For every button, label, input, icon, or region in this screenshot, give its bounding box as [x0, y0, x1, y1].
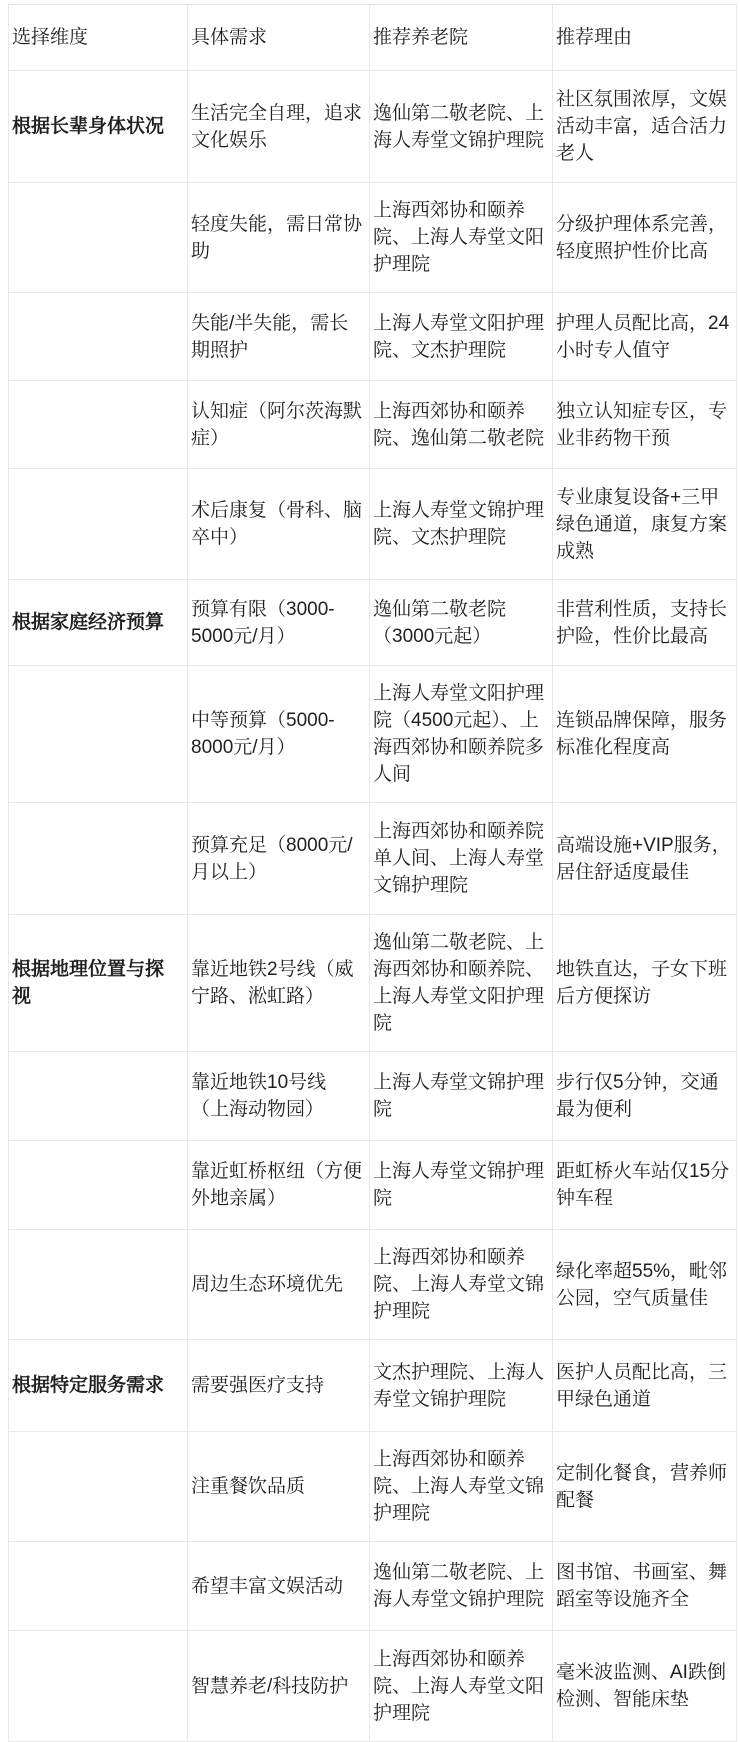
col-header-facilities: 推荐养老院 — [370, 5, 553, 71]
reason-cell: 连锁品牌保障，服务标准化程度高 — [553, 666, 737, 803]
page: 选择维度 具体需求 推荐养老院 推荐理由 根据长辈身体状况生活完全自理，追求文化… — [0, 0, 740, 1742]
reason-cell: 非营利性质，支持长护险，性价比最高 — [553, 580, 737, 666]
reason-cell: 距虹桥火车站仅15分钟车程 — [553, 1141, 737, 1230]
need-cell: 认知症（阿尔茨海默症） — [188, 381, 370, 469]
facilities-cell: 上海人寿堂文锦护理院、文杰护理院 — [370, 469, 553, 580]
facilities-cell: 逸仙第二敬老院、上海人寿堂文锦护理院 — [370, 71, 553, 183]
facilities-cell: 上海西郊协和颐养院、上海人寿堂文阳护理院 — [370, 1631, 553, 1742]
table-row: 周边生态环境优先上海西郊协和颐养院、上海人寿堂文锦护理院绿化率超55%，毗邻公园… — [9, 1230, 737, 1340]
table-row: 希望丰富文娱活动逸仙第二敬老院、上海人寿堂文锦护理院图书馆、书画室、舞蹈室等设施… — [9, 1542, 737, 1631]
need-cell: 靠近地铁2号线（威宁路、淞虹路） — [188, 915, 370, 1052]
need-cell: 中等预算（5000-8000元/月） — [188, 666, 370, 803]
need-cell: 注重餐饮品质 — [188, 1432, 370, 1542]
need-cell: 靠近地铁10号线（上海动物园） — [188, 1052, 370, 1141]
facilities-cell: 上海人寿堂文锦护理院 — [370, 1052, 553, 1141]
reason-cell: 步行仅5分钟，交通最为便利 — [553, 1052, 737, 1141]
table-row: 轻度失能，需日常协助上海西郊协和颐养院、上海人寿堂文阳护理院分级护理体系完善，轻… — [9, 183, 737, 293]
table-row: 根据长辈身体状况生活完全自理，追求文化娱乐逸仙第二敬老院、上海人寿堂文锦护理院社… — [9, 71, 737, 183]
table-row: 注重餐饮品质上海西郊协和颐养院、上海人寿堂文锦护理院定制化餐食，营养师配餐 — [9, 1432, 737, 1542]
table-row: 术后康复（骨科、脑卒中）上海人寿堂文锦护理院、文杰护理院专业康复设备+三甲绿色通… — [9, 469, 737, 580]
dimension-cell — [9, 1052, 188, 1141]
need-cell: 轻度失能，需日常协助 — [188, 183, 370, 293]
dimension-cell — [9, 1631, 188, 1742]
facilities-cell: 逸仙第二敬老院、上海人寿堂文锦护理院 — [370, 1542, 553, 1631]
facilities-cell: 上海人寿堂文阳护理院（4500元起）、上海西郊协和颐养院多人间 — [370, 666, 553, 803]
reason-cell: 独立认知症专区，专业非药物干预 — [553, 381, 737, 469]
header-row: 选择维度 具体需求 推荐养老院 推荐理由 — [9, 5, 737, 71]
facilities-cell: 上海人寿堂文阳护理院、文杰护理院 — [370, 293, 553, 381]
facilities-cell: 上海西郊协和颐养院、逸仙第二敬老院 — [370, 381, 553, 469]
table-row: 根据地理位置与探视靠近地铁2号线（威宁路、淞虹路）逸仙第二敬老院、上海西郊协和颐… — [9, 915, 737, 1052]
reason-cell: 毫米波监测、AI跌倒检测、智能床垫 — [553, 1631, 737, 1742]
dimension-cell — [9, 469, 188, 580]
dimension-cell: 根据特定服务需求 — [9, 1340, 188, 1432]
facilities-cell: 逸仙第二敬老院（3000元起） — [370, 580, 553, 666]
table-row: 根据家庭经济预算预算有限（3000-5000元/月）逸仙第二敬老院（3000元起… — [9, 580, 737, 666]
facilities-cell: 上海西郊协和颐养院、上海人寿堂文锦护理院 — [370, 1432, 553, 1542]
facilities-cell: 上海人寿堂文锦护理院 — [370, 1141, 553, 1230]
reason-cell: 专业康复设备+三甲绿色通道，康复方案成熟 — [553, 469, 737, 580]
need-cell: 术后康复（骨科、脑卒中） — [188, 469, 370, 580]
col-header-dimension: 选择维度 — [9, 5, 188, 71]
reason-cell: 图书馆、书画室、舞蹈室等设施齐全 — [553, 1542, 737, 1631]
facilities-cell: 上海西郊协和颐养院、上海人寿堂文阳护理院 — [370, 183, 553, 293]
table-row: 根据特定服务需求需要强医疗支持文杰护理院、上海人寿堂文锦护理院医护人员配比高，三… — [9, 1340, 737, 1432]
need-cell: 靠近虹桥枢纽（方便外地亲属） — [188, 1141, 370, 1230]
dimension-cell: 根据家庭经济预算 — [9, 580, 188, 666]
reason-cell: 绿化率超55%，毗邻公园，空气质量佳 — [553, 1230, 737, 1340]
reason-cell: 社区氛围浓厚，文娱活动丰富，适合活力老人 — [553, 71, 737, 183]
reason-cell: 护理人员配比高，24小时专人值守 — [553, 293, 737, 381]
table-row: 预算充足（8000元/月以上）上海西郊协和颐养院单人间、上海人寿堂文锦护理院高端… — [9, 803, 737, 915]
table-row: 智慧养老/科技防护上海西郊协和颐养院、上海人寿堂文阳护理院毫米波监测、AI跌倒检… — [9, 1631, 737, 1742]
need-cell: 周边生态环境优先 — [188, 1230, 370, 1340]
need-cell: 智慧养老/科技防护 — [188, 1631, 370, 1742]
dimension-cell — [9, 1230, 188, 1340]
dimension-cell — [9, 183, 188, 293]
dimension-cell: 根据地理位置与探视 — [9, 915, 188, 1052]
dimension-cell — [9, 1141, 188, 1230]
dimension-cell — [9, 381, 188, 469]
facilities-cell: 上海西郊协和颐养院、上海人寿堂文锦护理院 — [370, 1230, 553, 1340]
need-cell: 生活完全自理，追求文化娱乐 — [188, 71, 370, 183]
reason-cell: 地铁直达，子女下班后方便探访 — [553, 915, 737, 1052]
table-row: 认知症（阿尔茨海默症）上海西郊协和颐养院、逸仙第二敬老院独立认知症专区，专业非药… — [9, 381, 737, 469]
reason-cell: 分级护理体系完善，轻度照护性价比高 — [553, 183, 737, 293]
need-cell: 预算充足（8000元/月以上） — [188, 803, 370, 915]
reason-cell: 医护人员配比高，三甲绿色通道 — [553, 1340, 737, 1432]
dimension-cell — [9, 803, 188, 915]
table-row: 中等预算（5000-8000元/月）上海人寿堂文阳护理院（4500元起）、上海西… — [9, 666, 737, 803]
dimension-cell — [9, 293, 188, 381]
table-row: 靠近地铁10号线（上海动物园）上海人寿堂文锦护理院步行仅5分钟，交通最为便利 — [9, 1052, 737, 1141]
reason-cell: 定制化餐食，营养师配餐 — [553, 1432, 737, 1542]
need-cell: 预算有限（3000-5000元/月） — [188, 580, 370, 666]
facilities-cell: 文杰护理院、上海人寿堂文锦护理院 — [370, 1340, 553, 1432]
dimension-cell — [9, 1432, 188, 1542]
facilities-cell: 逸仙第二敬老院、上海西郊协和颐养院、上海人寿堂文阳护理院 — [370, 915, 553, 1052]
table-row: 靠近虹桥枢纽（方便外地亲属）上海人寿堂文锦护理院距虹桥火车站仅15分钟车程 — [9, 1141, 737, 1230]
dimension-cell — [9, 1542, 188, 1631]
facilities-cell: 上海西郊协和颐养院单人间、上海人寿堂文锦护理院 — [370, 803, 553, 915]
dimension-cell — [9, 666, 188, 803]
need-cell: 失能/半失能，需长期照护 — [188, 293, 370, 381]
elder-care-recommendation-table: 选择维度 具体需求 推荐养老院 推荐理由 根据长辈身体状况生活完全自理，追求文化… — [8, 4, 737, 1742]
table-row: 失能/半失能，需长期照护上海人寿堂文阳护理院、文杰护理院护理人员配比高，24小时… — [9, 293, 737, 381]
reason-cell: 高端设施+VIP服务，居住舒适度最佳 — [553, 803, 737, 915]
dimension-cell: 根据长辈身体状况 — [9, 71, 188, 183]
need-cell: 需要强医疗支持 — [188, 1340, 370, 1432]
col-header-reason: 推荐理由 — [553, 5, 737, 71]
table-body: 根据长辈身体状况生活完全自理，追求文化娱乐逸仙第二敬老院、上海人寿堂文锦护理院社… — [9, 71, 737, 1742]
col-header-need: 具体需求 — [188, 5, 370, 71]
need-cell: 希望丰富文娱活动 — [188, 1542, 370, 1631]
